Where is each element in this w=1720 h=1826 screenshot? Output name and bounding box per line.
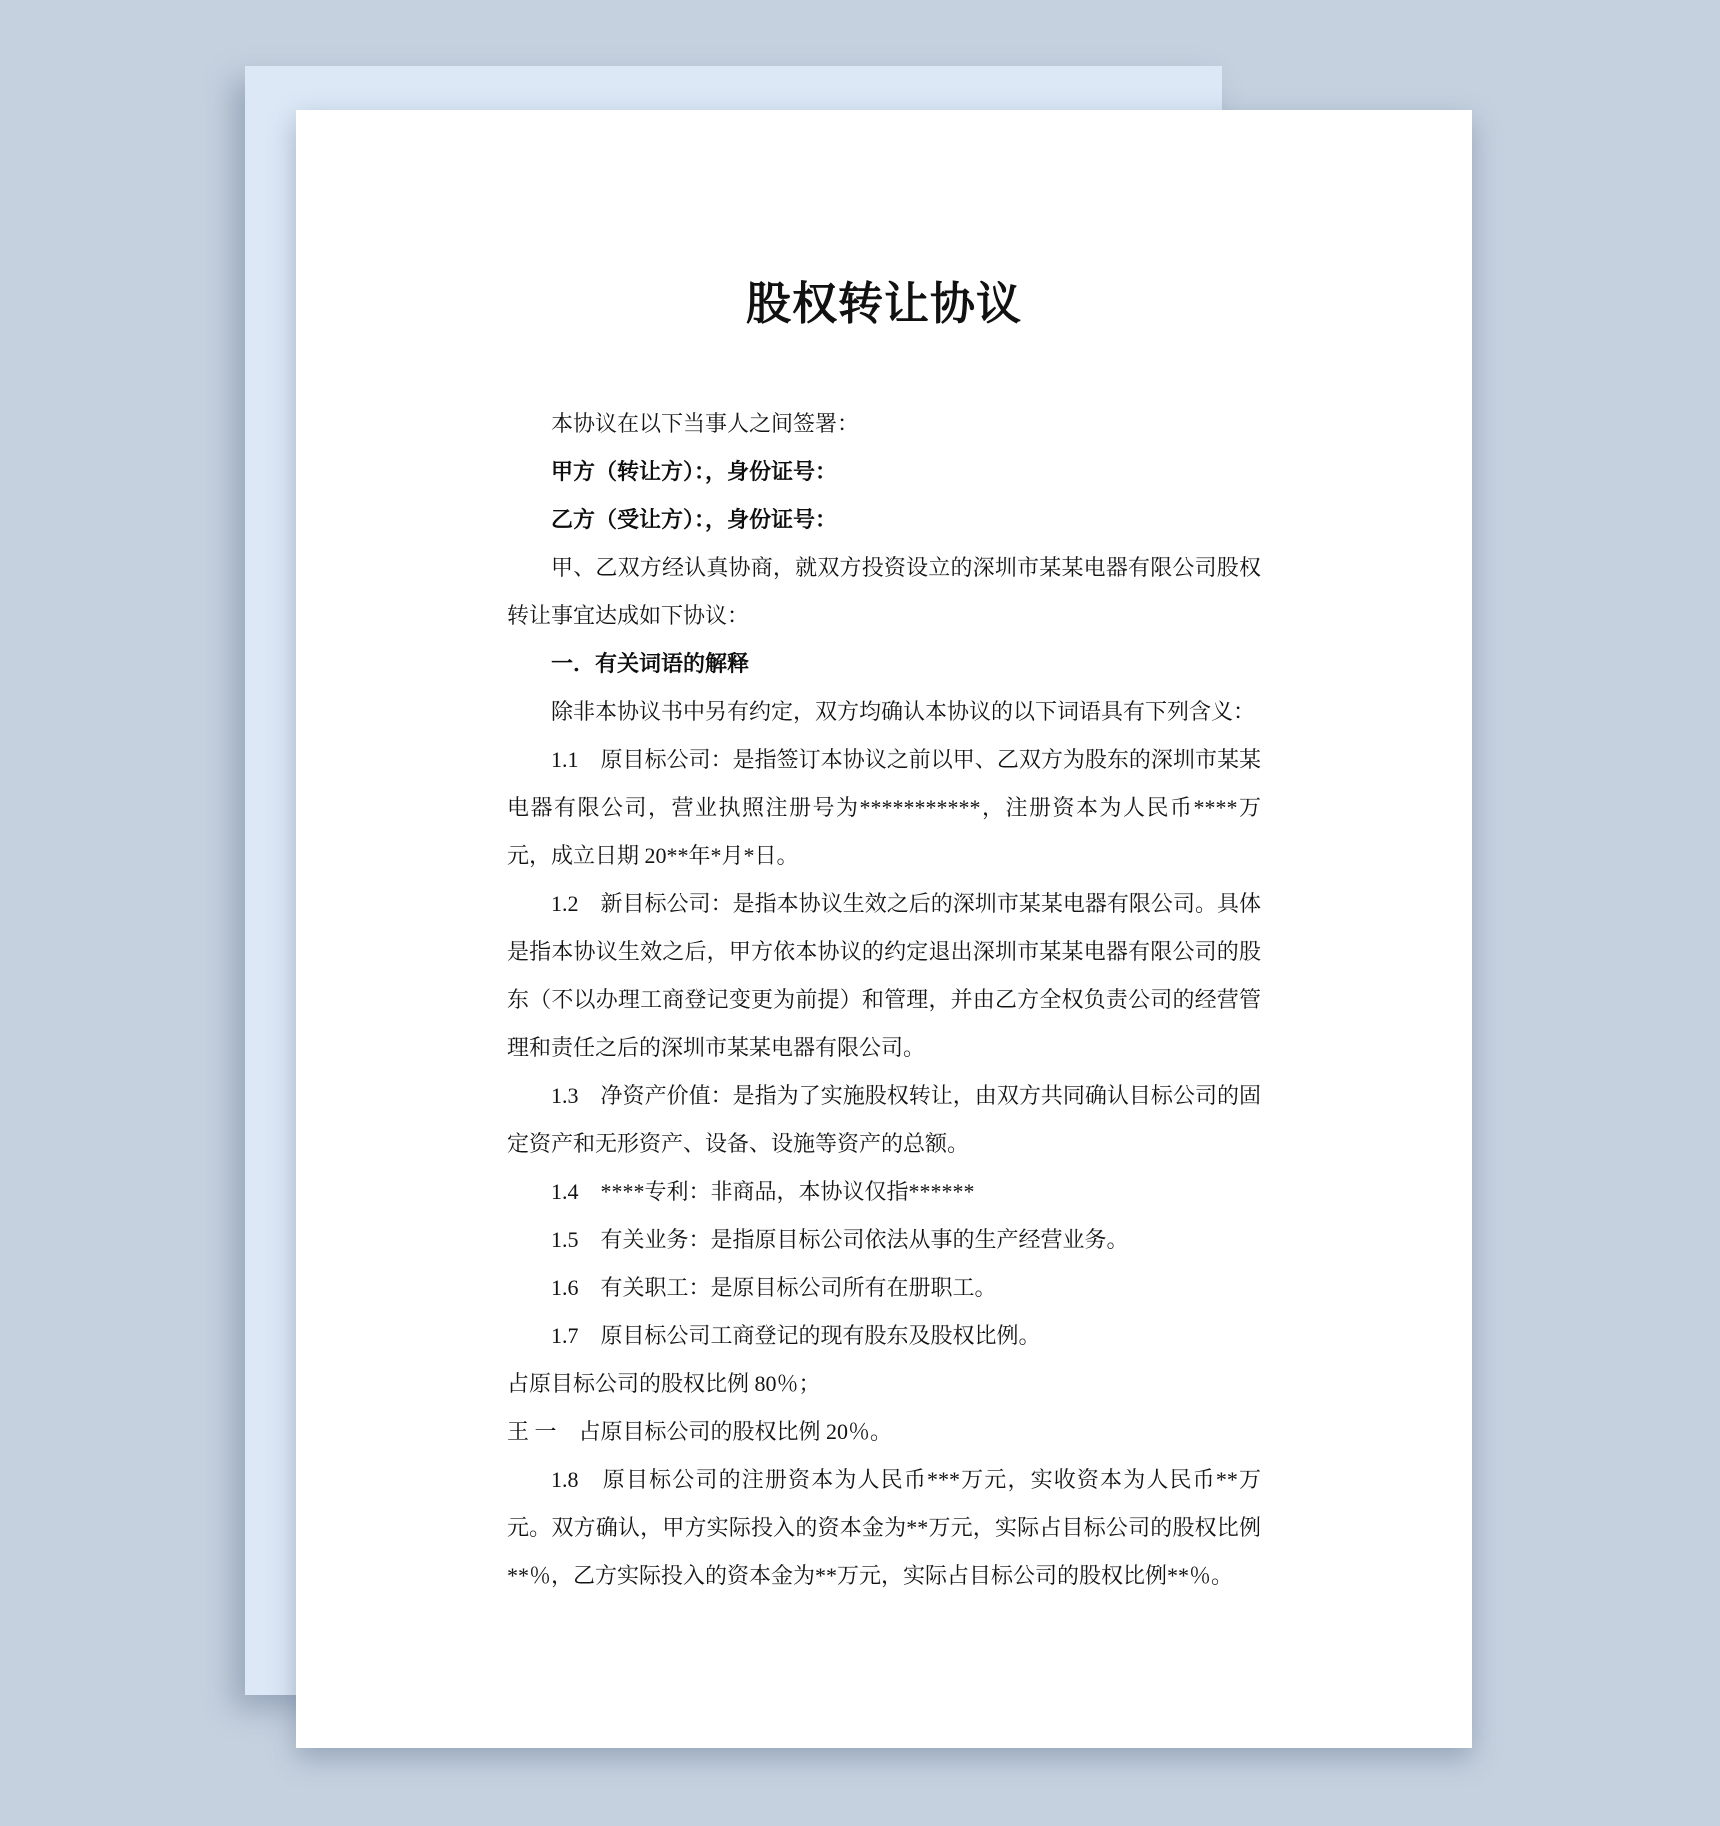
clause-1-7: 1.7 原目标公司工商登记的现有股东及股权比例。 (507, 1312, 1261, 1360)
para-preamble: 甲、乙双方经认真协商，就双方投资设立的深圳市某某电器有限公司股权转让事宜达成如下… (507, 544, 1261, 640)
clause-1-5: 1.5 有关业务：是指原目标公司依法从事的生产经营业务。 (507, 1216, 1261, 1264)
para-shareholder-80-percent: 占原目标公司的股权比例 80％； (507, 1360, 1261, 1408)
para-party-a: 甲方（转让方）：，身份证号： (507, 448, 1261, 496)
clause-1-3: 1.3 净资产价值：是指为了实施股权转让，由双方共同确认目标公司的固定资产和无形… (507, 1072, 1261, 1168)
para-party-b: 乙方（受让方）：，身份证号： (507, 496, 1261, 544)
clause-1-6: 1.6 有关职工：是原目标公司所有在册职工。 (507, 1264, 1261, 1312)
document-content: 股权转让协议 本协议在以下当事人之间签署： 甲方（转让方）：，身份证号： 乙方（… (296, 110, 1472, 1748)
para-intro: 本协议在以下当事人之间签署： (507, 400, 1261, 448)
para-definitions-intro: 除非本协议书中另有约定，双方均确认本协议的以下词语具有下列含义： (507, 688, 1261, 736)
heading-section-1: 一．有关词语的解释 (507, 640, 1261, 688)
desk-background: 股权转让协议 本协议在以下当事人之间签署： 甲方（转让方）：，身份证号： 乙方（… (0, 0, 1720, 1826)
clause-1-8: 1.8 原目标公司的注册资本为人民币***万元，实收资本为人民币**万元。双方确… (507, 1456, 1261, 1600)
document-title: 股权转让协议 (507, 278, 1261, 330)
clause-1-4: 1.4 ****专利：非商品，本协议仅指****** (507, 1168, 1261, 1216)
document-body: 本协议在以下当事人之间签署： 甲方（转让方）：，身份证号： 乙方（受让方）：，身… (507, 400, 1261, 1600)
para-shareholder-wang-yi-20-percent: 王 一 占原目标公司的股权比例 20％。 (507, 1408, 1261, 1456)
clause-1-2: 1.2 新目标公司：是指本协议生效之后的深圳市某某电器有限公司。具体是指本协议生… (507, 880, 1261, 1072)
document-page: 股权转让协议 本协议在以下当事人之间签署： 甲方（转让方）：，身份证号： 乙方（… (296, 110, 1472, 1748)
clause-1-1: 1.1 原目标公司：是指签订本协议之前以甲、乙双方为股东的深圳市某某电器有限公司… (507, 736, 1261, 880)
